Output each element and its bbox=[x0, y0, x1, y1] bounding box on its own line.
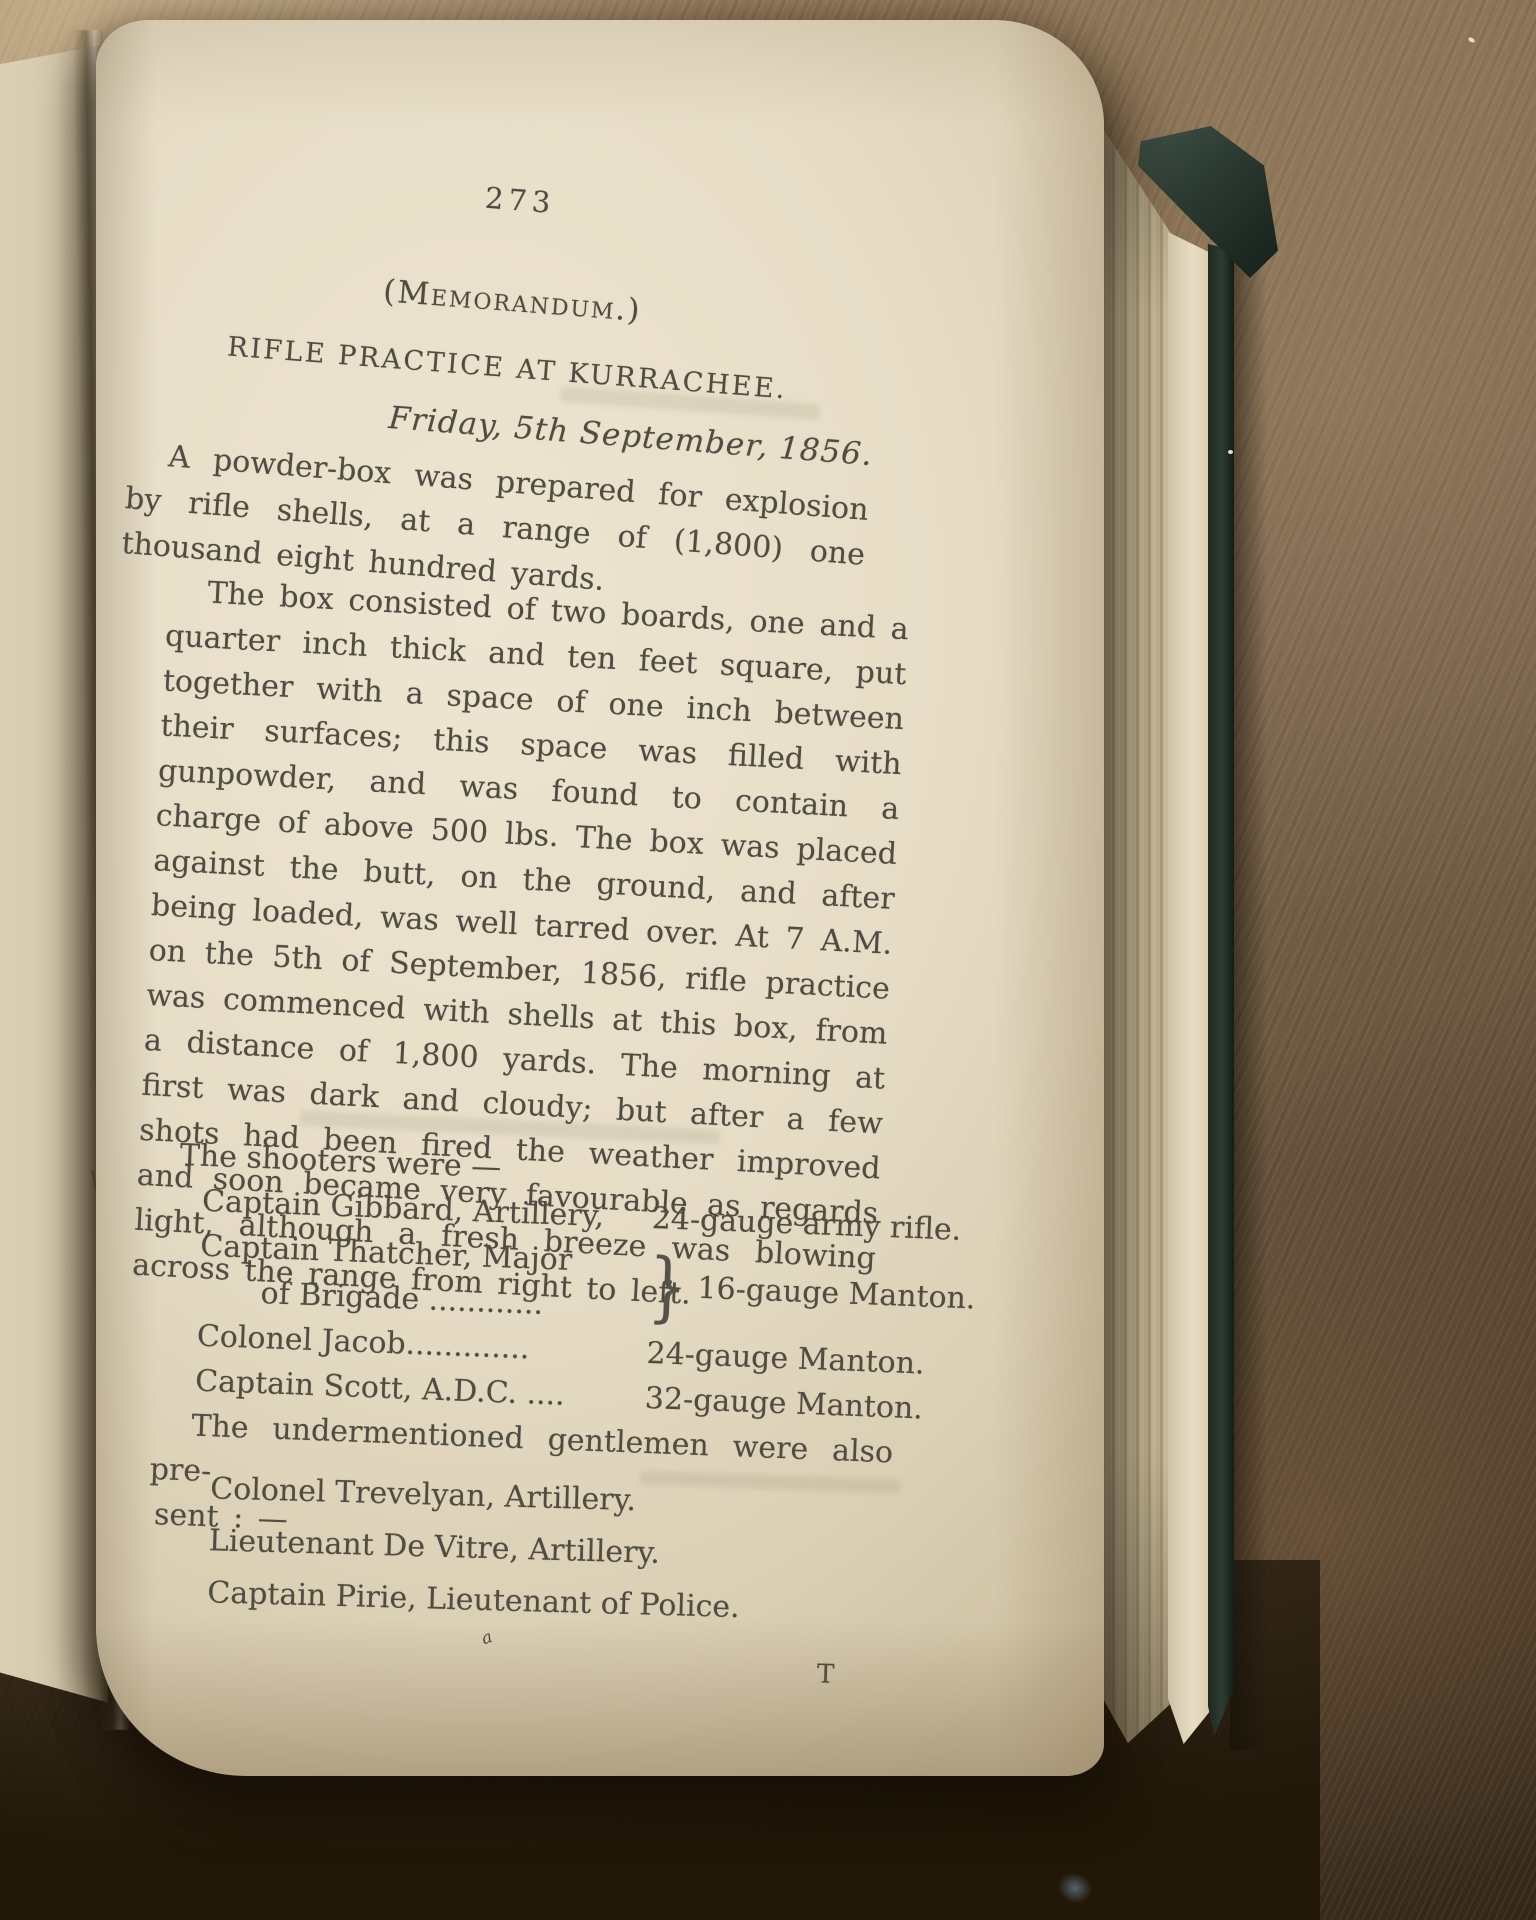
cover-edge-shadow bbox=[1230, 250, 1274, 1750]
wood-speck bbox=[1467, 37, 1475, 44]
cover-board-edge bbox=[1208, 244, 1234, 1736]
paper-speck bbox=[1228, 450, 1233, 454]
shooter-weapon: 16-gauge Manton. bbox=[697, 1265, 977, 1321]
brace-glyph: } bbox=[647, 1248, 689, 1325]
page-header-block: 273 (Memorandum.) RIFLE PRACTICE AT KURR… bbox=[120, 150, 892, 623]
book-photo-scene: 273 (Memorandum.) RIFLE PRACTICE AT KURR… bbox=[0, 0, 1536, 1920]
endpaper-edge bbox=[1168, 232, 1214, 1744]
page-block-fore-edge bbox=[1096, 118, 1172, 1743]
attendees-section: Colonel Trevelyan, Artillery. Lieutenant… bbox=[159, 1462, 907, 1700]
